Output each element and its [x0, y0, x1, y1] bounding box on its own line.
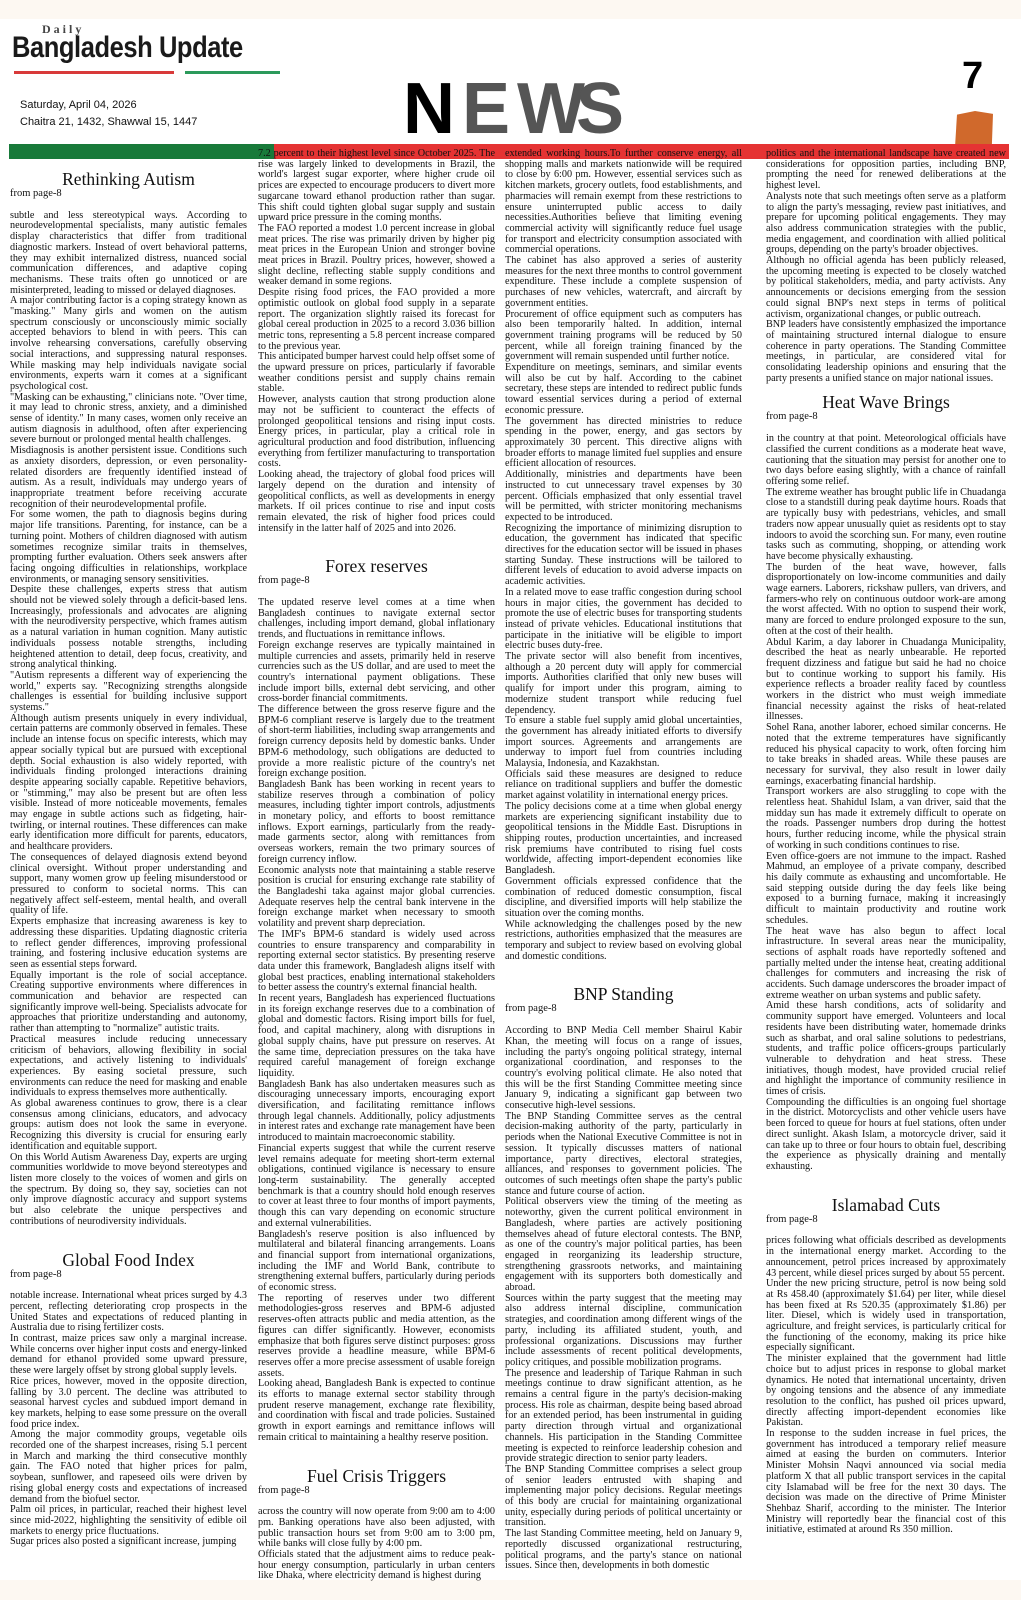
paragraph: Although autism presents uniquely in eve…: [10, 714, 247, 853]
headline-bnp-standing: BNP Standing: [505, 984, 742, 1004]
paragraph: The IMF's BPM-6 standard is widely used …: [258, 930, 495, 994]
paragraph: The extreme weather has brought public l…: [766, 488, 1006, 563]
paragraph: Financial experts suggest that while the…: [258, 1144, 495, 1230]
paragraph: Equally important is the role of social …: [10, 971, 247, 1035]
paragraph: While acknowledging the challenges posed…: [505, 920, 742, 963]
paragraph: Practical measures include reducing unne…: [10, 1035, 247, 1099]
column-3: extended working hours.To further conser…: [505, 149, 742, 1572]
paragraph: extended working hours.To further conser…: [505, 149, 742, 256]
paragraph: As global awareness continues to grow, t…: [10, 1099, 247, 1153]
title-underline-green: [185, 71, 280, 74]
paragraph: This anticipated bumper harvest could he…: [258, 352, 495, 395]
continuation-label: from page-8: [258, 1486, 495, 1497]
paragraph: According to BNP Media Cell member Shair…: [505, 1026, 742, 1112]
paragraph: Amid these harsh conditions, acts of sol…: [766, 1001, 1006, 1097]
paragraph: The heat wave has also begun to affect l…: [766, 927, 1006, 1002]
continuation-label: from page-8: [10, 189, 247, 200]
paragraph: The BNP Standing Committee comprises a s…: [505, 1465, 742, 1529]
paragraph: The presence and leadership of Tarique R…: [505, 1369, 742, 1465]
logo-letter: N: [403, 77, 455, 141]
paragraph: politics and the international landscape…: [766, 149, 1006, 192]
paragraph: Sources within the party suggest that th…: [505, 1294, 742, 1369]
paragraph: Bangladesh's reserve position is also in…: [258, 1230, 495, 1294]
headline-islamabad-cuts: Islamabad Cuts: [766, 1195, 1006, 1215]
title-underline-red: [14, 71, 174, 74]
paragraph: Sohel Rana, another laborer, echoed simi…: [766, 723, 1006, 787]
alternate-date: Chaitra 21, 1432, Shawwal 15, 1447: [20, 116, 197, 128]
paragraph: notable increase. International wheat pr…: [10, 1291, 247, 1334]
paragraph: Recognizing the importance of minimizing…: [505, 524, 742, 588]
paragraph: BNP leaders have consistently emphasized…: [766, 320, 1006, 384]
paragraph: Misdiagnosis is another persistent issue…: [10, 446, 247, 510]
header-band-green: [9, 144, 274, 159]
paragraph: The consequences of delayed diagnosis ex…: [10, 853, 247, 917]
paragraph: "Masking can be exhausting," clinicians …: [10, 393, 247, 447]
column-1: Rethinking Autism from page-8 subtle and…: [10, 161, 247, 1548]
paragraph: Rice prices, however, moved in the oppos…: [10, 1377, 247, 1431]
paragraph: Among the major commodity groups, vegeta…: [10, 1430, 247, 1505]
news-logo: N E W S: [403, 77, 626, 141]
paragraph: Additionally, ministries and departments…: [505, 470, 742, 524]
headline-fuel-crisis-triggers: Fuel Crisis Triggers: [258, 1466, 495, 1486]
paragraph: Palm oil prices, in particular, reached …: [10, 1505, 247, 1537]
paragraph: The last Standing Committee meeting, hel…: [505, 1529, 742, 1572]
paragraph: The FAO reported a modest 1.0 percent in…: [258, 224, 495, 288]
headline-global-food-index: Global Food Index: [10, 1250, 247, 1270]
paragraph: "Autism represents a different way of ex…: [10, 671, 247, 714]
column-2: 7.2 percent to their highest level since…: [258, 149, 495, 1582]
publication-date: Saturday, April 04, 2026: [20, 99, 137, 111]
paragraph: In recent years, Bangladesh has experien…: [258, 994, 495, 1080]
paragraph: The government has directed ministries t…: [505, 417, 742, 471]
paragraph: Looking ahead, the trajectory of global …: [258, 470, 495, 534]
paragraph: To ensure a stable fuel supply amid glob…: [505, 716, 742, 770]
paragraph: The private sector will also benefit fro…: [505, 652, 742, 716]
paragraph: Bangladesh Bank has also undertaken meas…: [258, 1080, 495, 1144]
paragraph: Abdul Karim, a day laborer in Chuadanga …: [766, 638, 1006, 724]
paragraph: Expenditure on meetings, seminars, and s…: [505, 363, 742, 417]
headline-forex-reserves: Forex reserves: [258, 556, 495, 576]
headline-heat-wave-brings: Heat Wave Brings: [766, 392, 1006, 412]
paragraph: The BNP Standing Committee serves as the…: [505, 1112, 742, 1198]
logo-letter: E: [460, 77, 512, 141]
newspaper-title: Bangladesh Update: [12, 31, 243, 65]
paragraph: Officials stated that the adjustment aim…: [258, 1550, 495, 1582]
paragraph: Analysts note that such meetings often s…: [766, 192, 1006, 256]
continuation-label: from page-8: [766, 1215, 1006, 1226]
paragraph: In response to the sudden increase in fu…: [766, 1429, 1006, 1536]
newspaper-page: Daily Bangladesh Update Saturday, April …: [0, 19, 1021, 1580]
paragraph: Under the new pricing structure, petrol …: [766, 1279, 1006, 1354]
paragraph: The difference between the gross reserve…: [258, 705, 495, 780]
paragraph: Government officials expressed confidenc…: [505, 877, 742, 920]
paragraph: Experts emphasize that increasing awaren…: [10, 917, 247, 971]
paragraph: However, analysts caution that strong pr…: [258, 395, 495, 470]
paragraph: The burden of the heat wave, however, fa…: [766, 563, 1006, 638]
paragraph: Bangladesh Bank has been working in rece…: [258, 780, 495, 866]
paragraph: In a related move to ease traffic conges…: [505, 588, 742, 652]
paragraph: Sugar prices also posted a significant i…: [10, 1537, 247, 1548]
paragraph: Compounding the difficulties is an ongoi…: [766, 1098, 1006, 1173]
paragraph: A major contributing factor is a coping …: [10, 296, 247, 392]
paragraph: Although no official agenda has been pub…: [766, 256, 1006, 320]
paragraph: prices following what officials describe…: [766, 1236, 1006, 1279]
paragraph: Looking ahead, Bangladesh Bank is expect…: [258, 1379, 495, 1443]
paragraph: Economic analysts note that maintaining …: [258, 866, 495, 930]
paragraph: Foreign exchange reserves are typically …: [258, 641, 495, 705]
paragraph: The policy decisions come at a time when…: [505, 802, 742, 877]
paragraph: Despite these challenges, experts stress…: [10, 585, 247, 671]
paragraph: The updated reserve level comes at a tim…: [258, 598, 495, 641]
paragraph: The reporting of reserves under two diff…: [258, 1294, 495, 1380]
column-4: politics and the international landscape…: [766, 149, 1006, 1536]
paragraph: in the country at that point. Meteorolog…: [766, 434, 1006, 488]
paragraph: On this World Autism Awareness Day, expe…: [10, 1153, 247, 1228]
continuation-label: from page-8: [258, 576, 495, 587]
paragraph: Procurement of office equipment such as …: [505, 310, 742, 364]
paragraph: 7.2 percent to their highest level since…: [258, 149, 495, 224]
page-number: 7: [962, 55, 983, 98]
paragraph: Even office-goers are not immune to the …: [766, 852, 1006, 927]
headline-rethinking-autism: Rethinking Autism: [10, 169, 247, 189]
continuation-label: from page-8: [10, 1270, 247, 1281]
logo-letter: S: [574, 77, 626, 141]
logo-letter: W: [517, 77, 569, 141]
page-marker-decoration: [955, 111, 995, 147]
continuation-label: from page-8: [766, 412, 1006, 423]
paragraph: Officials said these measures are design…: [505, 770, 742, 802]
paragraph: Political observers view the timing of t…: [505, 1197, 742, 1293]
paragraph: For some women, the path to diagnosis be…: [10, 510, 247, 585]
paragraph: Transport workers are also struggling to…: [766, 787, 1006, 851]
continuation-label: from page-8: [505, 1004, 742, 1015]
paragraph: The cabinet has also approved a series o…: [505, 256, 742, 310]
paragraph: The minister explained that the governme…: [766, 1354, 1006, 1429]
paragraph: across the country will now operate from…: [258, 1507, 495, 1550]
paragraph: Despite rising food prices, the FAO prov…: [258, 288, 495, 352]
masthead: Daily Bangladesh Update Saturday, April …: [0, 19, 1021, 144]
paragraph: subtle and less stereotypical ways. Acco…: [10, 211, 247, 297]
paragraph: In contrast, maize prices saw only a mar…: [10, 1334, 247, 1377]
